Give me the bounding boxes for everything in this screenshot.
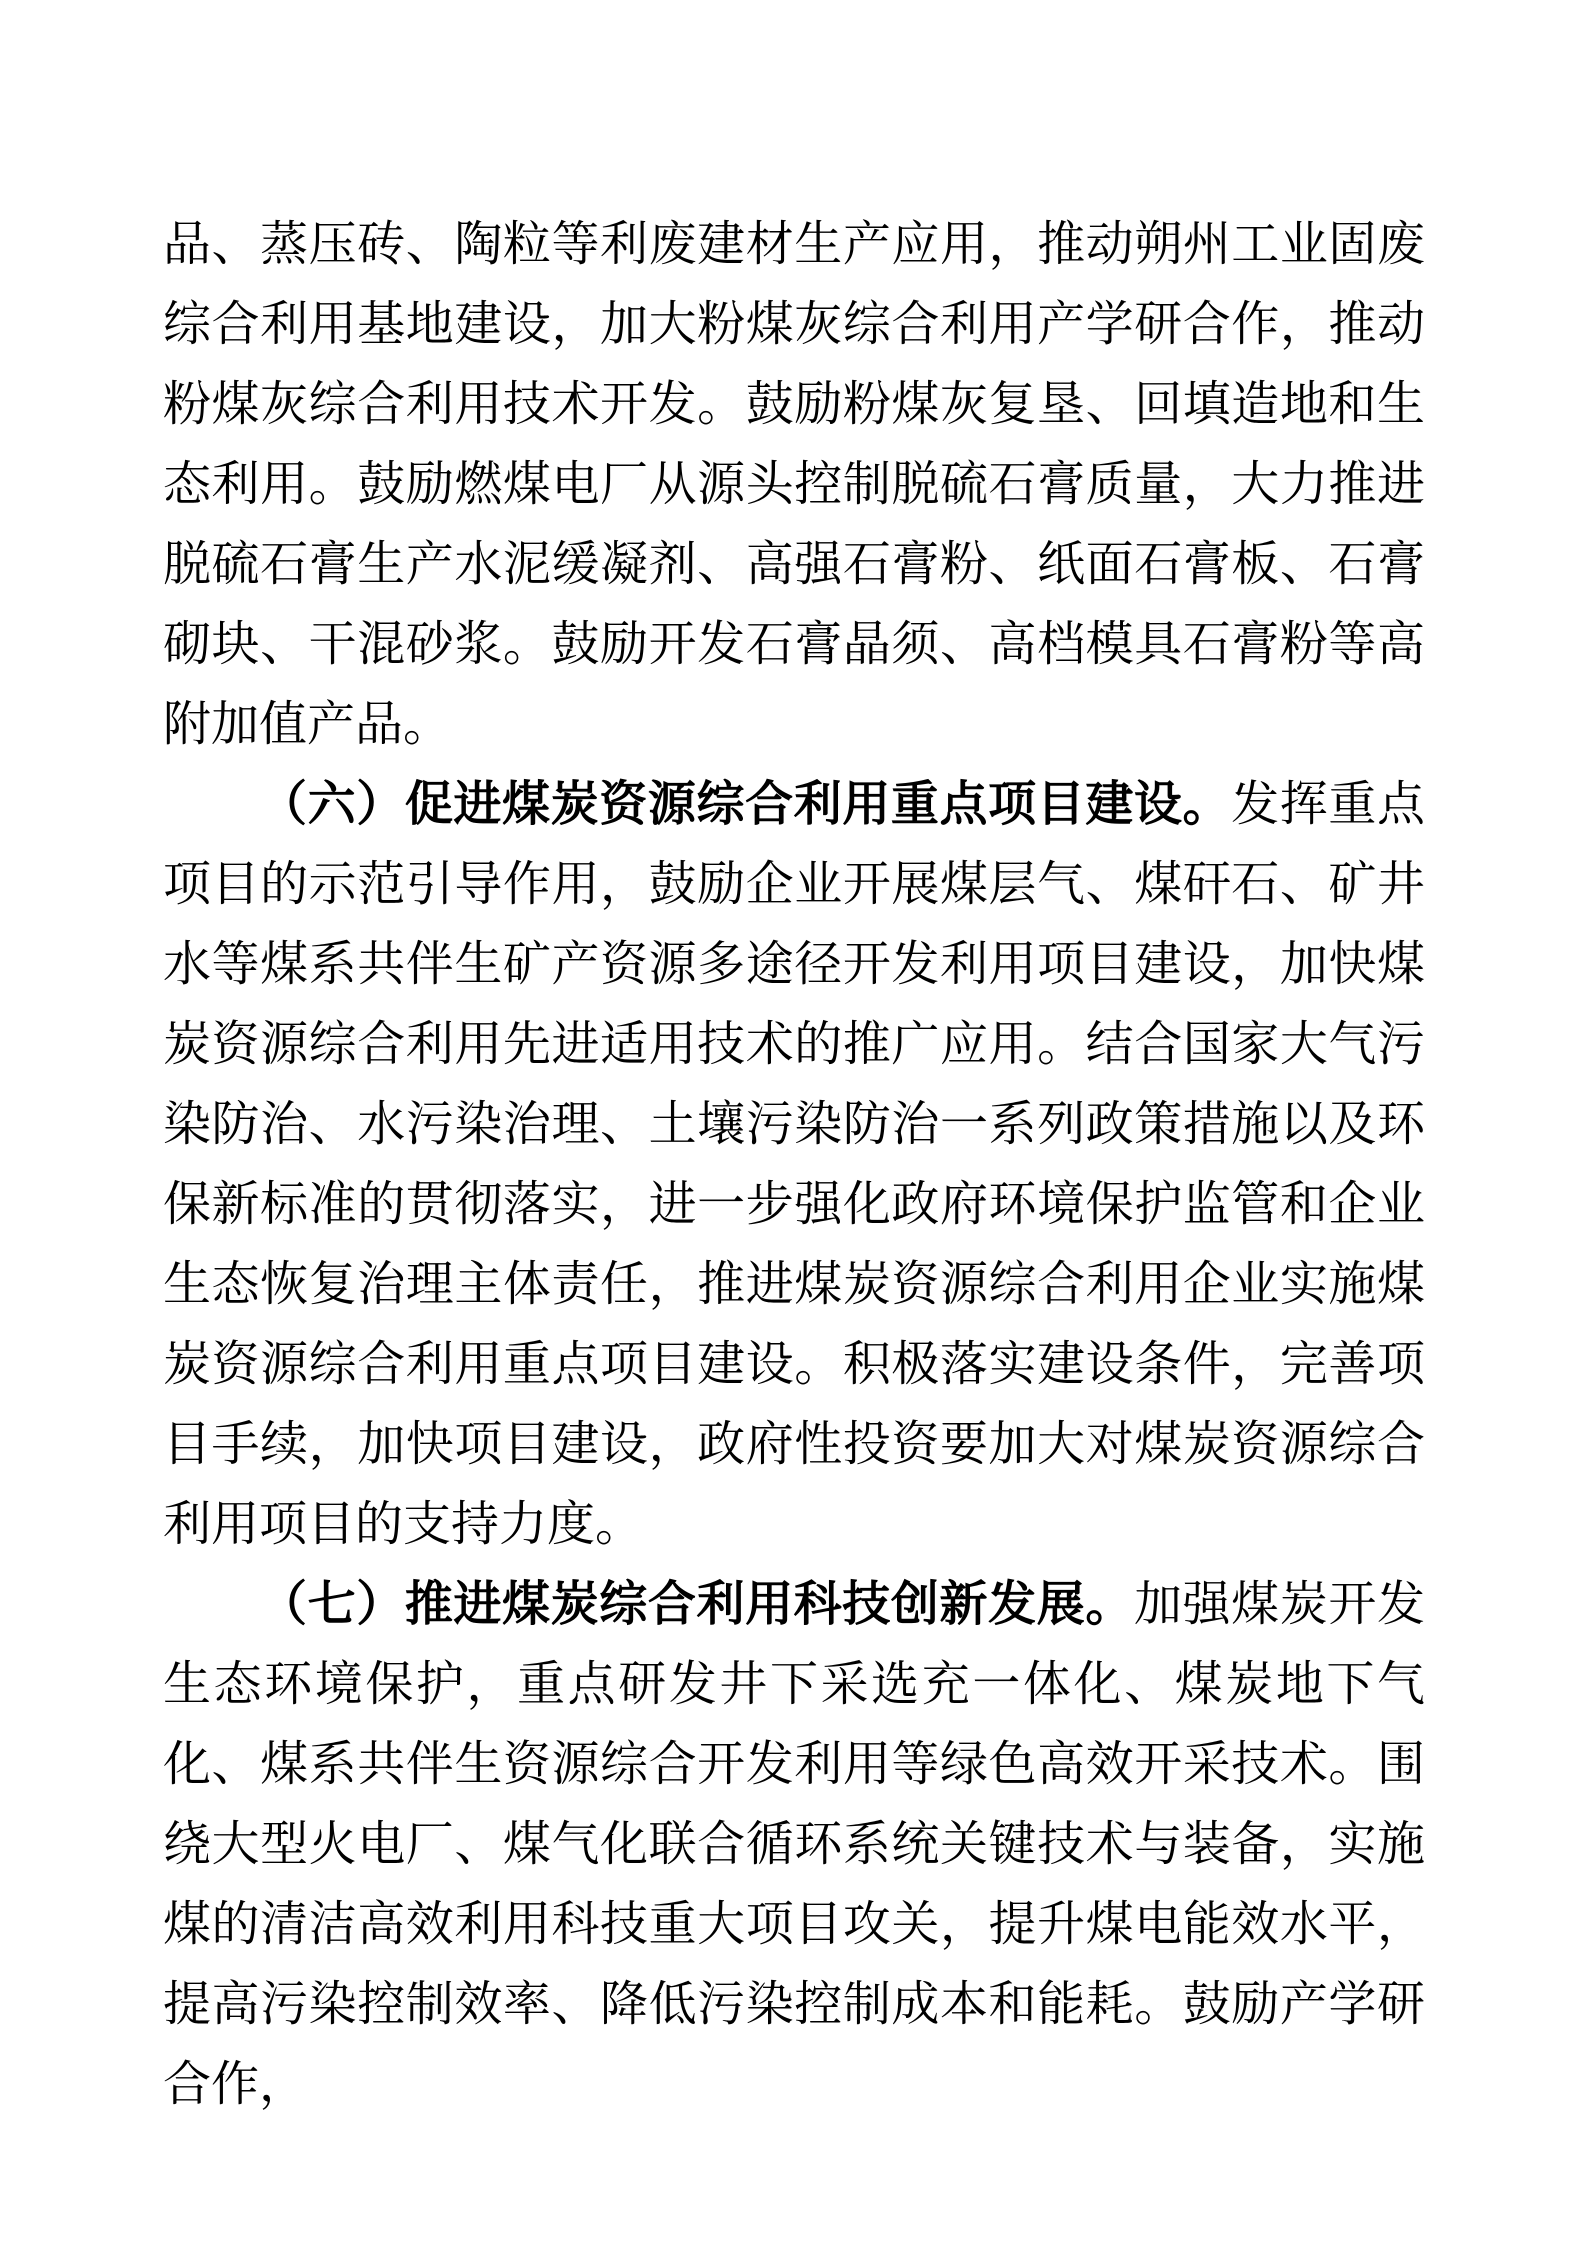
- paragraph-text: 发挥重点项目的示范引导作用，鼓励企业开展煤层气、煤矸石、矿井水等煤系共伴生矿产资…: [163, 778, 1425, 1551]
- paragraph-text: 加强煤炭开发生态环境保护，重点研发井下采选充一体化、煤炭地下气化、煤系共伴生资源…: [163, 1578, 1425, 2111]
- paragraph-section-6: （六）促进煤炭资源综合利用重点项目建设。发挥重点项目的示范引导作用，鼓励企业开展…: [163, 765, 1425, 1565]
- document-page: 品、蒸压砖、陶粒等利废建材生产应用，推动朔州工业固废综合利用基地建设，加大粉煤灰…: [0, 0, 1587, 2245]
- section-heading-6: （六）促进煤炭资源综合利用重点项目建设。: [259, 778, 1231, 831]
- paragraph-text: 品、蒸压砖、陶粒等利废建材生产应用，推动朔州工业固废综合利用基地建设，加大粉煤灰…: [163, 218, 1425, 751]
- document-body: 品、蒸压砖、陶粒等利废建材生产应用，推动朔州工业固废综合利用基地建设，加大粉煤灰…: [163, 205, 1425, 2125]
- section-heading-7: （七）推进煤炭综合利用科技创新发展。: [259, 1578, 1134, 1631]
- paragraph-section-7: （七）推进煤炭综合利用科技创新发展。加强煤炭开发生态环境保护，重点研发井下采选充…: [163, 1565, 1425, 2125]
- paragraph-continuation: 品、蒸压砖、陶粒等利废建材生产应用，推动朔州工业固废综合利用基地建设，加大粉煤灰…: [163, 205, 1425, 765]
